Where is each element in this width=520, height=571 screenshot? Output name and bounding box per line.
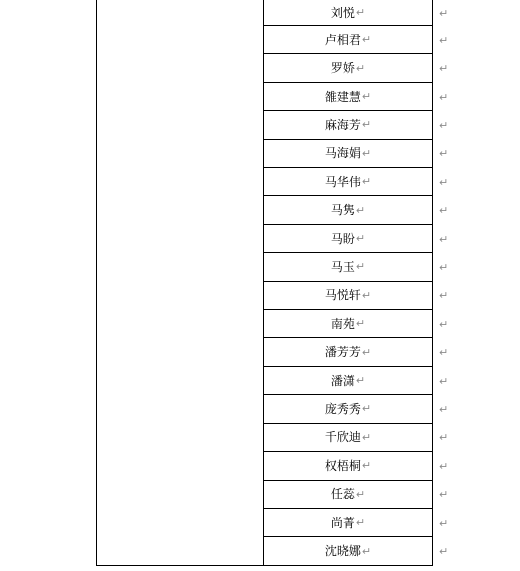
table-row[interactable]: 沈晓娜↵ — [264, 537, 432, 565]
table-row[interactable]: 千欣迪↵ — [264, 424, 432, 452]
table-row[interactable]: 马华伟↵ — [264, 168, 432, 196]
end-of-cell-mark-icon: ↵ — [362, 290, 371, 301]
end-of-cell-mark-icon: ↵ — [356, 233, 365, 244]
end-of-cell-mark-icon: ↵ — [356, 205, 365, 216]
end-of-row-mark-slot: ↵ — [433, 83, 473, 111]
end-of-row-mark-icon: ↵ — [439, 177, 448, 188]
end-of-row-mark-icon: ↵ — [439, 404, 448, 415]
name-text: 沈晓娜 — [325, 545, 361, 557]
table-row[interactable]: 马盼↵ — [264, 225, 432, 253]
end-of-row-mark-icon: ↵ — [439, 319, 448, 330]
end-of-row-mark-slot: ↵ — [433, 310, 473, 338]
end-of-cell-mark-icon: ↵ — [356, 63, 365, 74]
end-of-cell-mark-icon: ↵ — [356, 318, 365, 329]
name-text: 马悦轩 — [325, 289, 361, 301]
end-of-cell-mark-icon: ↵ — [356, 517, 365, 528]
end-of-row-mark-icon: ↵ — [439, 432, 448, 443]
name-text: 千欣迪 — [325, 431, 361, 443]
end-of-row-mark-slot: ↵ — [433, 452, 473, 480]
name-text: 任蕊 — [331, 488, 355, 500]
table-row[interactable]: 任蕊↵ — [264, 481, 432, 509]
end-of-row-mark-slot: ↵ — [433, 225, 473, 253]
name-text: 马华伟 — [325, 176, 361, 188]
table-row[interactable]: 雒建慧↵ — [264, 83, 432, 111]
name-text: 南苑 — [331, 318, 355, 330]
end-of-row-mark-icon: ↵ — [439, 205, 448, 216]
end-of-row-mark-slot: ↵ — [433, 26, 473, 54]
end-of-row-mark-slot: ↵ — [433, 509, 473, 537]
end-of-row-mark-slot: ↵ — [433, 0, 473, 26]
table-row[interactable]: 马玉↵ — [264, 253, 432, 281]
end-of-row-mark-slot: ↵ — [433, 282, 473, 310]
end-of-row-mark-icon: ↵ — [439, 92, 448, 103]
outer-table-bottom-border — [96, 565, 263, 566]
name-text: 罗娇 — [331, 62, 355, 74]
end-of-cell-mark-icon: ↵ — [356, 489, 365, 500]
table-row[interactable]: 庞秀秀↵ — [264, 395, 432, 423]
end-of-row-mark-icon: ↵ — [439, 290, 448, 301]
end-of-cell-mark-icon: ↵ — [356, 261, 365, 272]
end-of-row-mark-icon: ↵ — [439, 262, 448, 273]
name-text: 马隽 — [331, 204, 355, 216]
name-text: 权梧桐 — [325, 460, 361, 472]
end-of-cell-mark-icon: ↵ — [362, 403, 371, 414]
end-of-cell-mark-icon: ↵ — [356, 375, 365, 386]
table-row[interactable]: 马隽↵ — [264, 196, 432, 224]
table-row[interactable]: 罗娇↵ — [264, 54, 432, 82]
name-text: 潘芳芳 — [325, 346, 361, 358]
names-table: 刘悦↵卢相君↵罗娇↵雒建慧↵麻海芳↵马海娟↵马华伟↵马隽↵马盼↵马玉↵马悦轩↵南… — [263, 0, 473, 566]
end-of-row-mark-icon: ↵ — [439, 148, 448, 159]
name-text: 麻海芳 — [325, 119, 361, 131]
table-row[interactable]: 马海娟↵ — [264, 140, 432, 168]
end-of-row-mark-icon: ↵ — [439, 489, 448, 500]
end-of-row-mark-slot: ↵ — [433, 481, 473, 509]
end-of-row-mark-slot: ↵ — [433, 253, 473, 281]
end-of-row-mark-slot: ↵ — [433, 54, 473, 82]
outer-table-empty-cell[interactable] — [97, 0, 263, 565]
name-text: 刘悦 — [331, 7, 355, 19]
end-of-cell-mark-icon: ↵ — [362, 119, 371, 130]
end-of-row-mark-icon: ↵ — [439, 347, 448, 358]
name-text: 尚菁 — [331, 517, 355, 529]
end-of-cell-mark-icon: ↵ — [362, 91, 371, 102]
name-text: 庞秀秀 — [325, 403, 361, 415]
end-of-row-mark-icon: ↵ — [439, 546, 448, 557]
end-of-row-mark-slot: ↵ — [433, 196, 473, 224]
end-of-row-mark-slot: ↵ — [433, 140, 473, 168]
table-row[interactable]: 卢相君↵ — [264, 26, 432, 54]
end-of-cell-mark-icon: ↵ — [362, 176, 371, 187]
end-of-row-mark-slot: ↵ — [433, 424, 473, 452]
end-of-row-mark-icon: ↵ — [439, 8, 448, 19]
table-row[interactable]: 潘潇↵ — [264, 367, 432, 395]
end-of-row-mark-icon: ↵ — [439, 234, 448, 245]
table-row[interactable]: 刘悦↵ — [264, 0, 432, 26]
end-of-row-mark-slot: ↵ — [433, 395, 473, 423]
end-of-row-mark-slot: ↵ — [433, 111, 473, 139]
table-row[interactable]: 权梧桐↵ — [264, 452, 432, 480]
end-of-cell-mark-icon: ↵ — [362, 432, 371, 443]
name-text: 马玉 — [331, 261, 355, 273]
end-of-row-mark-icon: ↵ — [439, 376, 448, 387]
names-column: 刘悦↵卢相君↵罗娇↵雒建慧↵麻海芳↵马海娟↵马华伟↵马隽↵马盼↵马玉↵马悦轩↵南… — [263, 0, 433, 566]
end-of-cell-mark-icon: ↵ — [362, 148, 371, 159]
end-of-cell-mark-icon: ↵ — [362, 546, 371, 557]
end-of-row-mark-slot: ↵ — [433, 537, 473, 565]
end-of-row-mark-slot: ↵ — [433, 367, 473, 395]
name-text: 潘潇 — [331, 375, 355, 387]
table-row[interactable]: 麻海芳↵ — [264, 111, 432, 139]
end-of-row-mark-slot: ↵ — [433, 338, 473, 366]
end-of-cell-mark-icon: ↵ — [356, 7, 365, 18]
end-of-cell-mark-icon: ↵ — [362, 347, 371, 358]
name-text: 马盼 — [331, 233, 355, 245]
end-of-row-mark-icon: ↵ — [439, 461, 448, 472]
end-of-cell-mark-icon: ↵ — [362, 460, 371, 471]
name-text: 雒建慧 — [325, 91, 361, 103]
table-row[interactable]: 南苑↵ — [264, 310, 432, 338]
table-row[interactable]: 潘芳芳↵ — [264, 338, 432, 366]
end-of-row-marks-column: ↵↵↵↵↵↵↵↵↵↵↵↵↵↵↵↵↵↵↵↵ — [433, 0, 473, 566]
table-row[interactable]: 尚菁↵ — [264, 509, 432, 537]
table-row[interactable]: 马悦轩↵ — [264, 282, 432, 310]
name-text: 卢相君 — [325, 34, 361, 46]
document-page: 刘悦↵卢相君↵罗娇↵雒建慧↵麻海芳↵马海娟↵马华伟↵马隽↵马盼↵马玉↵马悦轩↵南… — [0, 0, 520, 571]
end-of-row-mark-icon: ↵ — [439, 120, 448, 131]
end-of-cell-mark-icon: ↵ — [362, 34, 371, 45]
end-of-row-mark-icon: ↵ — [439, 518, 448, 529]
end-of-row-mark-icon: ↵ — [439, 63, 448, 74]
end-of-row-mark-slot: ↵ — [433, 168, 473, 196]
end-of-row-mark-icon: ↵ — [439, 35, 448, 46]
name-text: 马海娟 — [325, 147, 361, 159]
